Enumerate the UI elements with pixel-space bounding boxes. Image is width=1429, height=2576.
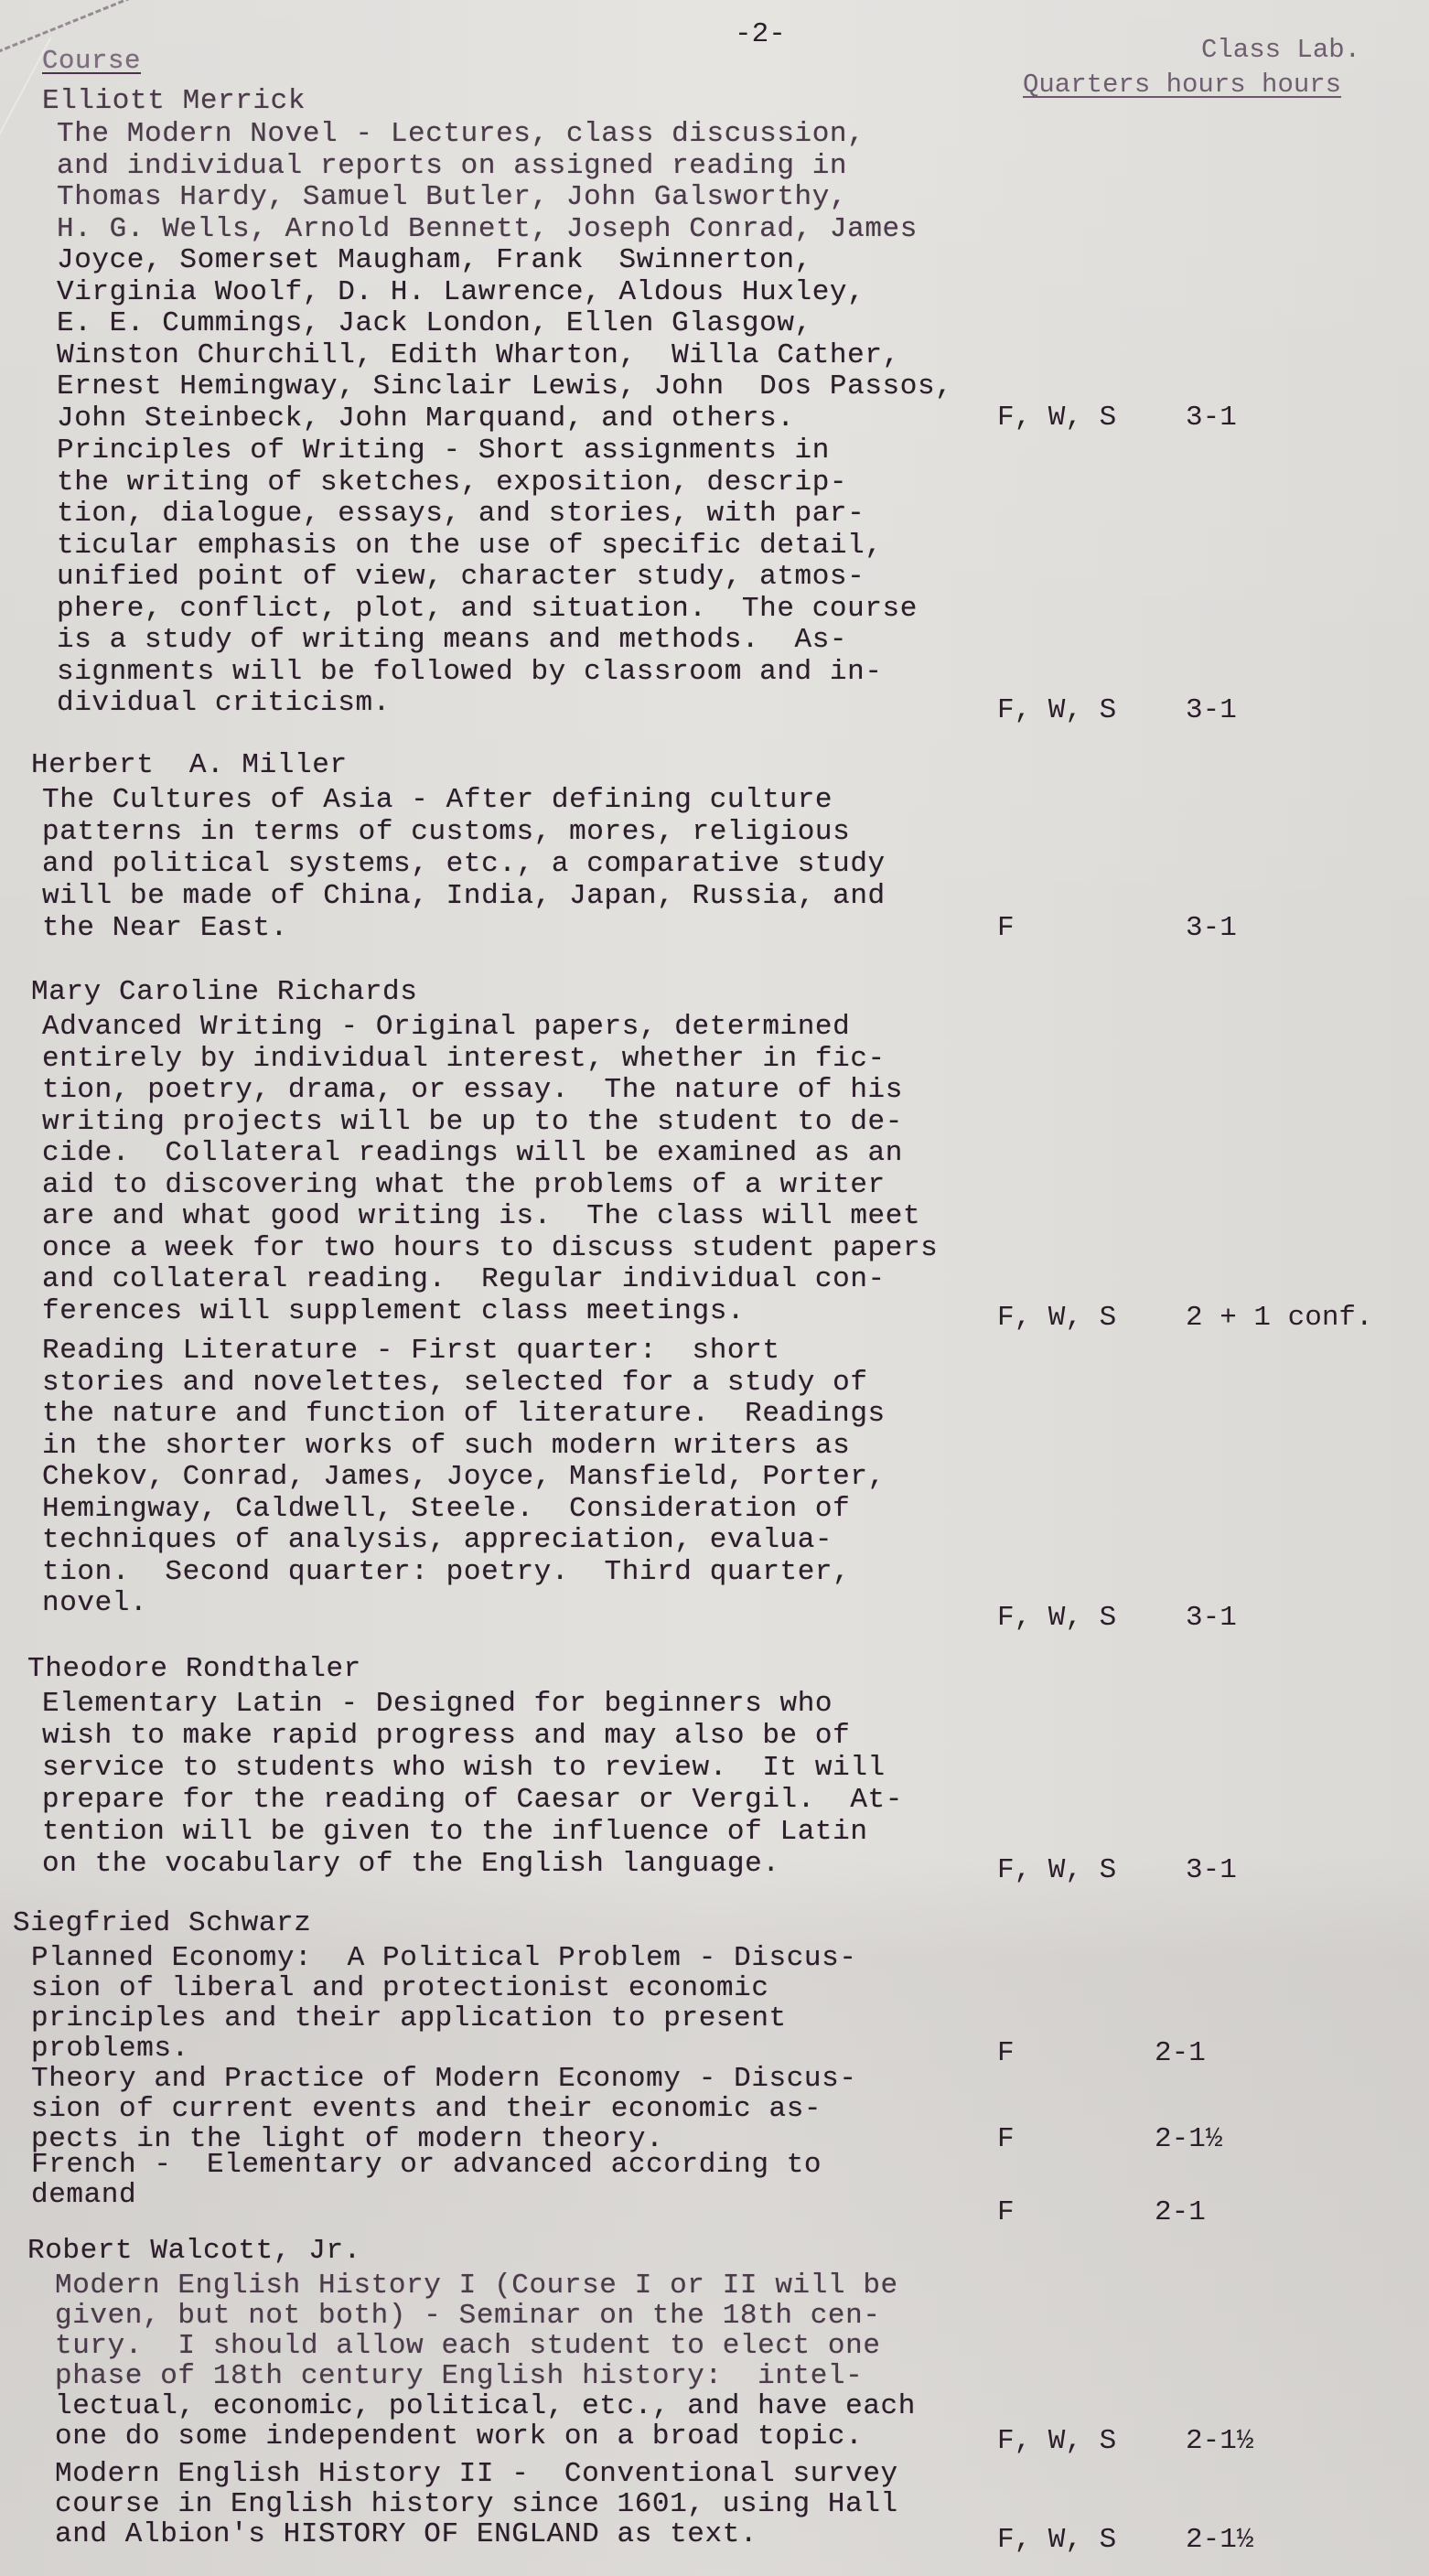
course-quarters: F, W, S	[997, 1855, 1116, 1886]
course-description-line: novel.	[42, 1588, 147, 1619]
course-description-line: writing projects will be up to the stude…	[42, 1107, 903, 1138]
course-hours: 2-1½	[1186, 2426, 1253, 2457]
instructor-name: Mary Caroline Richards	[31, 977, 417, 1008]
course-description-line: The Cultures of Asia - After defining cu…	[42, 785, 833, 816]
course-quarters: F, W, S	[997, 2525, 1116, 2556]
course-description-line: on the vocabulary of the English languag…	[42, 1849, 780, 1880]
course-description-line: Chekov, Conrad, James, Joyce, Mansfield,…	[42, 1462, 886, 1493]
course-description-line: ticular emphasis on the use of specific …	[57, 531, 883, 562]
course-description-line: the writing of sketches, exposition, des…	[57, 467, 847, 499]
course-description-line: phase of 18th century English history: i…	[55, 2361, 863, 2392]
course-description-line: French - Elementary or advanced accordin…	[31, 2150, 822, 2181]
course-quarters: F	[997, 2124, 1015, 2155]
course-description-line: given, but not both) - Seminar on the 18…	[55, 2301, 881, 2332]
course-description-line: lectual, economic, political, etc., and …	[55, 2391, 916, 2422]
course-hours: 2-1½	[1186, 2525, 1253, 2556]
course-description-line: and Albion's HISTORY OF ENGLAND as text.	[55, 2519, 757, 2550]
course-hours: 3-1	[1186, 695, 1237, 726]
course-description-line: prepare for the reading of Caesar or Ver…	[42, 1785, 903, 1816]
course-description-line: Winston Churchill, Edith Wharton, Willa …	[57, 340, 900, 371]
course-description-line: the nature and function of literature. R…	[42, 1399, 886, 1430]
course-quarters: F	[997, 2038, 1015, 2069]
course-description-line: tury. I should allow each student to ele…	[55, 2331, 881, 2362]
instructor-name: Elliott Merrick	[42, 86, 306, 117]
course-description-line: Reading Literature - First quarter: shor…	[42, 1336, 780, 1367]
course-description-line: one do some independent work on a broad …	[55, 2421, 863, 2453]
course-quarters: F, W, S	[997, 1303, 1116, 1334]
course-description-line: once a week for two hours to discuss stu…	[42, 1233, 938, 1264]
course-description-line: course in English history since 1601, us…	[55, 2489, 898, 2520]
page-number: -2-	[735, 18, 786, 50]
course-description-line: principles and their application to pres…	[31, 2003, 787, 2034]
course-description-line: Hemingway, Caldwell, Steele. Considerati…	[42, 1494, 850, 1525]
course-hours: 3-1	[1186, 913, 1237, 944]
column-header-quarters-hours: Quarters hours hours	[1023, 70, 1341, 100]
course-description-line: sion of current events and their economi…	[31, 2094, 822, 2125]
course-hours: 3-1	[1186, 1855, 1237, 1886]
course-description-line: the Near East.	[42, 913, 288, 944]
course-quarters: F, W, S	[997, 1603, 1116, 1634]
course-description-line: problems.	[31, 2034, 189, 2065]
course-quarters: F	[997, 2197, 1015, 2228]
course-description-line: is a study of writing means and methods.…	[57, 625, 847, 656]
course-hours: 3-1	[1186, 402, 1237, 434]
course-description-line: Modern English History I (Course I or II…	[55, 2270, 898, 2302]
course-description-line: patterns in terms of customs, mores, rel…	[42, 817, 850, 848]
course-hours: 3-1	[1186, 1603, 1237, 1634]
course-description-line: demand	[31, 2180, 136, 2211]
course-description-line: service to students who wish to review. …	[42, 1753, 886, 1784]
course-description-line: tion. Second quarter: poetry. Third quar…	[42, 1557, 850, 1588]
course-description-line: tion, poetry, drama, or essay. The natur…	[42, 1075, 903, 1106]
course-description-line: techniques of analysis, appreciation, ev…	[42, 1525, 833, 1556]
course-description-line: in the shorter works of such modern writ…	[42, 1431, 850, 1462]
course-description-line: wish to make rapid progress and may also…	[42, 1721, 850, 1752]
instructor-name: Robert Walcott, Jr.	[27, 2236, 361, 2267]
course-hours: 2 + 1 conf.	[1186, 1303, 1373, 1334]
course-description-line: entirely by individual interest, whether…	[42, 1044, 886, 1075]
course-description-line: Modern English History II - Conventional…	[55, 2459, 898, 2490]
course-description-line: and collateral reading. Regular individu…	[42, 1264, 886, 1295]
instructor-name: Theodore Rondthaler	[27, 1654, 361, 1685]
course-description-line: Virginia Woolf, D. H. Lawrence, Aldous H…	[57, 277, 865, 308]
course-description-line: H. G. Wells, Arnold Bennett, Joseph Conr…	[57, 214, 918, 245]
instructor-name: Siegfried Schwarz	[13, 1908, 311, 1939]
course-description-line: cide. Collateral readings will be examin…	[42, 1138, 903, 1169]
course-description-line: E. E. Cummings, Jack London, Ellen Glasg…	[57, 308, 812, 339]
course-description-line: tention will be given to the influence o…	[42, 1817, 868, 1848]
column-header-course: Course	[42, 46, 141, 77]
course-description-line: aid to discovering what the problems of …	[42, 1170, 886, 1201]
course-quarters: F, W, S	[997, 402, 1116, 434]
course-description-line: ferences will supplement class meetings.	[42, 1296, 745, 1327]
course-description-line: John Steinbeck, John Marquand, and other…	[57, 403, 795, 435]
course-description-line: Thomas Hardy, Samuel Butler, John Galswo…	[57, 182, 847, 213]
course-hours: 2-1	[1155, 2197, 1206, 2228]
course-quarters: F, W, S	[997, 695, 1116, 726]
course-description-line: will be made of China, India, Japan, Rus…	[42, 881, 886, 912]
course-description-line: Advanced Writing - Original papers, dete…	[42, 1012, 850, 1043]
course-description-line: sion of liberal and protectionist econom…	[31, 1973, 769, 2004]
course-quarters: F, W, S	[997, 2426, 1116, 2457]
course-description-line: signments will be followed by classroom …	[57, 657, 883, 688]
course-description-line: dividual criticism.	[57, 688, 391, 719]
course-quarters: F	[997, 913, 1015, 944]
course-description-line: are and what good writing is. The class …	[42, 1201, 920, 1232]
course-description-line: Planned Economy: A Political Problem - D…	[31, 1943, 857, 1974]
course-description-line: phere, conflict, plot, and situation. Th…	[57, 594, 918, 625]
course-description-line: and individual reports on assigned readi…	[57, 151, 847, 182]
instructor-name: Herbert A. Miller	[31, 750, 348, 781]
course-description-line: Joyce, Somerset Maugham, Frank Swinnerto…	[57, 245, 812, 276]
course-description-line: stories and novelettes, selected for a s…	[42, 1368, 868, 1399]
course-hours: 2-1	[1155, 2038, 1206, 2069]
course-description-line: Ernest Hemingway, Sinclair Lewis, John D…	[57, 371, 952, 402]
course-description-line: Principles of Writing - Short assignment…	[57, 435, 830, 467]
course-description-line: unified point of view, character study, …	[57, 562, 865, 593]
course-description-line: Theory and Practice of Modern Economy - …	[31, 2064, 857, 2095]
course-description-line: Elementary Latin - Designed for beginner…	[42, 1689, 833, 1720]
course-description-line: The Modern Novel - Lectures, class discu…	[57, 119, 865, 150]
course-description-line: tion, dialogue, essays, and stories, wit…	[57, 499, 865, 530]
column-header-class-lab: Class Lab.	[1201, 35, 1360, 65]
course-description-line: and political systems, etc., a comparati…	[42, 849, 886, 880]
course-hours: 2-1½	[1155, 2124, 1222, 2155]
